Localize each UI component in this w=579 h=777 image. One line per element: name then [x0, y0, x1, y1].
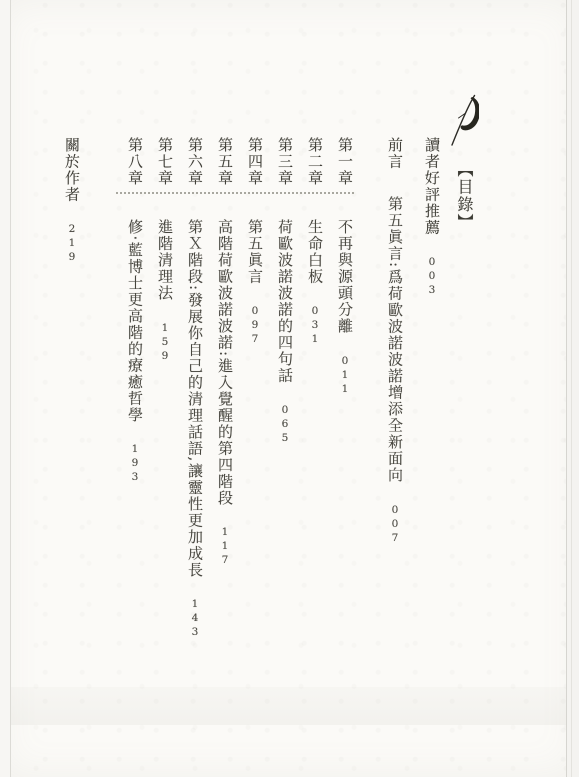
- left-scan-margin: [0, 0, 10, 777]
- chapter-page-number: 031: [309, 305, 321, 347]
- right-page-edge-line: [566, 0, 567, 777]
- chapter-page-number: 193: [129, 443, 141, 485]
- dotted-divider-rule: [116, 192, 354, 194]
- entry-page-number: 003: [426, 256, 438, 298]
- entry-page-number: 007: [389, 504, 401, 546]
- entry-page-number: 219: [66, 223, 78, 265]
- calligraphic-leaf-icon: [449, 93, 479, 147]
- chapter-page-number: 117: [219, 526, 231, 568]
- toc-title: 【目錄】: [455, 161, 474, 231]
- toc-entry-preface: 前言 第五眞言:爲荷歐波諾波諾增添全新面向 007: [387, 93, 402, 753]
- chapter-page-number: 011: [339, 355, 351, 397]
- right-scan-margin: [567, 0, 579, 777]
- chapter-label: 第二章: [306, 137, 324, 187]
- toc-entry-about-author: 關於作者 219: [64, 93, 79, 753]
- chapter-title: 生命白板: [306, 219, 324, 285]
- chapter-title: 第五眞言: [246, 219, 264, 285]
- entry-label: 關於作者: [63, 137, 81, 203]
- chapter-title: 不再與源頭分離: [336, 219, 354, 335]
- chapter-title: 荷歐波諾波諾的四句話: [276, 219, 294, 384]
- right-page-edge-line-2: [571, 0, 572, 777]
- chapter-title: 第Ｘ階段:發展你自己的清理話語,讓靈性更加成長: [186, 219, 204, 578]
- toc-header-column: 【目錄】: [449, 93, 479, 753]
- entry-label: 讀者好評推薦: [423, 137, 441, 236]
- chapter-page-number: 065: [279, 404, 291, 446]
- chapter-page-number: 159: [159, 322, 171, 364]
- chapter-label: 第五章: [216, 137, 234, 187]
- scanned-book-page: 【目錄】 讀者好評推薦 003 前言 第五眞言:爲荷歐波諾波諾增添全新面向 00…: [0, 0, 579, 777]
- chapter-label: 第八章: [126, 137, 144, 187]
- chapter-title: 修‧藍博士更高階的療癒哲學: [126, 219, 144, 423]
- chapter-label: 第三章: [276, 137, 294, 187]
- chapter-title: 高階荷歐波諾波諾:進入覺醒的第四階段: [216, 219, 234, 506]
- chapter-label: 第四章: [246, 137, 264, 187]
- chapter-label: 第一章: [336, 137, 354, 187]
- chapter-page-number: 143: [189, 598, 201, 640]
- entry-subtitle: 第五眞言:爲荷歐波諾波諾增添全新面向: [386, 196, 404, 483]
- entry-label: 前言: [386, 137, 404, 170]
- chapter-label: 第七章: [156, 137, 174, 187]
- chapter-page-number: 097: [249, 305, 261, 347]
- toc-entry-reader-praise: 讀者好評推薦 003: [424, 93, 439, 753]
- chapter-label: 第六章: [186, 137, 204, 187]
- chapter-title: 進階清理法: [156, 219, 174, 302]
- left-page-edge-line: [10, 0, 11, 777]
